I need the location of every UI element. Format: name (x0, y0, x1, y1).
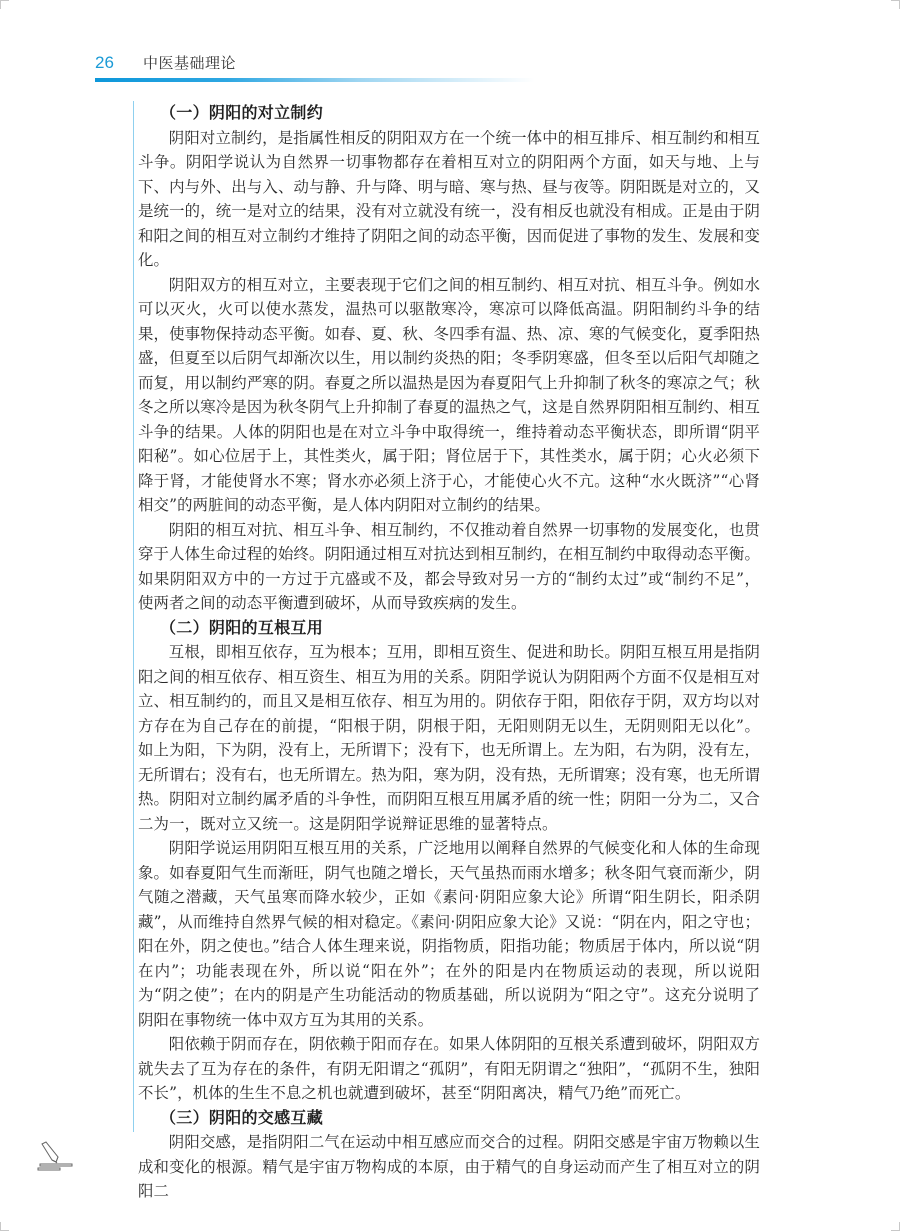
section-heading: （一）阴阳的对立制约 (138, 101, 760, 126)
section-1: （一）阴阳的对立制约 阴阳对立制约，是指属性相反的阴阳双方在一个统一体中的相互排… (138, 101, 760, 616)
paragraph: 阴阳对立制约，是指属性相反的阴阳双方在一个统一体中的相互排斥、相互制约和相互斗争… (138, 126, 760, 273)
section-heading: （三）阴阳的交感互藏 (138, 1106, 760, 1131)
paragraph: 互根，即相互依存，互为根本；互用，即相互资生、促进和助长。阴阳互根互用是指阴阳之… (138, 640, 760, 836)
pencil-note-icon (34, 1140, 82, 1172)
section-3: （三）阴阳的交感互藏 阴阳交感，是指阴阳二气在运动中相互感应而交合的过程。阴阳交… (138, 1106, 760, 1204)
paragraph: 阳依赖于阴而存在，阴依赖于阳而存在。如果人体阴阳的互根关系遭到破坏，阴阳双方就失… (138, 1032, 760, 1106)
running-header: 26 中医基础理论 (95, 52, 236, 78)
paragraph: 阴阳双方的相互对立，主要表现于它们之间的相互制约、相互对抗、相互斗争。例如水可以… (138, 273, 760, 518)
crop-mark-bottom-left (0, 1222, 9, 1231)
crop-mark-top-left (0, 0, 9, 9)
page-number: 26 (95, 53, 143, 73)
crop-mark-bottom-right (891, 1222, 900, 1231)
section-heading: （二）阴阳的互根互用 (138, 616, 760, 641)
paragraph: 阴阳学说运用阴阳互根互用的关系，广泛地用以阐释自然界的气候变化和人体的生命现象。… (138, 836, 760, 1032)
left-margin-line (133, 101, 134, 1132)
section-2: （二）阴阳的互根互用 互根，即相互依存，互为根本；互用，即相互资生、促进和助长。… (138, 616, 760, 1106)
page-body: （一）阴阳的对立制约 阴阳对立制约，是指属性相反的阴阳双方在一个统一体中的相互排… (138, 101, 760, 1204)
paragraph: 阴阳交感，是指阴阳二气在运动中相互感应而交合的过程。阴阳交感是宇宙万物赖以生成和… (138, 1130, 760, 1204)
crop-mark-top-right (891, 0, 900, 9)
paragraph: 阴阳的相互对抗、相互斗争、相互制约，不仅推动着自然界一切事物的发展变化，也贯穿于… (138, 518, 760, 616)
header-gradient-rule (95, 78, 535, 82)
book-title: 中医基础理论 (143, 52, 236, 73)
